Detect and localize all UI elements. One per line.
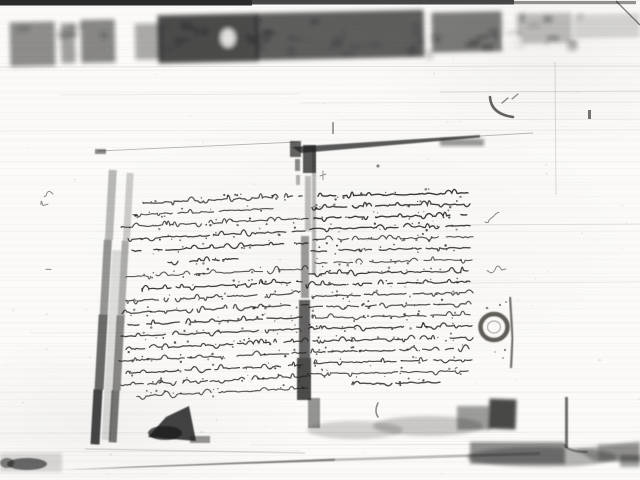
speck (428, 242, 429, 243)
diacritic-dot (264, 307, 267, 310)
exposure-noise (100, 31, 108, 40)
diacritic-dot (388, 266, 391, 269)
diacritic-dot (257, 377, 259, 379)
diacritic-dot (390, 286, 391, 287)
exposure-noise (181, 22, 192, 30)
diacritic-dot (419, 350, 420, 351)
diacritic-dot (212, 223, 213, 224)
exposure-noise (258, 43, 265, 51)
diacritic-dot (453, 250, 454, 251)
diacritic-dot (196, 263, 198, 265)
speck (545, 164, 547, 166)
diacritic-dot (174, 341, 177, 344)
diacritic-dot (421, 326, 422, 327)
film-edge-segment (252, 0, 514, 5)
diacritic-dot (293, 349, 295, 351)
diacritic-dot (441, 299, 443, 301)
exposure-block (81, 19, 116, 63)
diacritic-dot (340, 240, 342, 242)
diacritic-dot (331, 292, 333, 294)
diacritic-dot (336, 290, 338, 292)
speck (253, 321, 255, 323)
diacritic-dot (294, 242, 296, 244)
speck (282, 313, 284, 315)
diacritic-dot (340, 358, 342, 360)
diacritic-dot (413, 345, 415, 347)
exposure-noise (249, 38, 256, 45)
seal-speck (486, 307, 489, 310)
diacritic-dot (385, 192, 386, 193)
diacritic-dot (162, 337, 164, 339)
speck (100, 230, 102, 232)
diacritic-dot (417, 235, 418, 236)
diacritic-dot (202, 243, 204, 245)
diacritic-dot (136, 216, 138, 218)
diacritic-dot (233, 340, 234, 341)
diacritic-dot (337, 197, 338, 198)
speck (482, 435, 484, 437)
diacritic-dot (373, 211, 374, 212)
speck (507, 279, 509, 281)
handwriting-line (133, 208, 273, 216)
speck (351, 352, 352, 353)
diacritic-dot (213, 389, 214, 390)
diacritic-dot (403, 313, 406, 316)
diacritic-dot (233, 279, 235, 281)
handwriting-line (137, 387, 307, 400)
diacritic-dot (150, 392, 151, 393)
diacritic-dot (372, 260, 374, 262)
diacritic-dot (417, 279, 418, 280)
left-page-handwriting (119, 194, 310, 400)
diacritic-dot (296, 307, 298, 309)
speck (329, 325, 330, 326)
diacritic-dot (163, 371, 165, 373)
diacritic-dot (217, 388, 218, 389)
horizontal-scan-line (440, 91, 640, 92)
diacritic-dot (352, 346, 354, 348)
speck (46, 313, 48, 315)
diacritic-dot (181, 208, 183, 210)
speck (27, 147, 29, 149)
diacritic-dot (249, 217, 251, 219)
diacritic-dot (347, 296, 349, 298)
pen-swoosh-mark (490, 97, 513, 117)
diacritic-dot (164, 215, 166, 217)
speck (187, 21, 189, 23)
diacritic-dot (215, 219, 217, 221)
seal-inner-ring (488, 321, 501, 333)
speck (434, 127, 436, 129)
diacritic-dot (329, 270, 331, 272)
speck (0, 392, 1, 393)
diacritic-dot (422, 233, 424, 235)
pen-tick-mark (512, 94, 518, 99)
diacritic-dot (273, 330, 274, 331)
speck (566, 126, 567, 127)
speck (154, 66, 155, 67)
diacritic-dot (129, 227, 131, 229)
diacritic-dot (247, 375, 248, 376)
diacritic-dot (335, 294, 337, 296)
exposure-noise (287, 46, 295, 56)
gutter-streak (305, 176, 311, 231)
diacritic-dot (236, 194, 238, 196)
speck (356, 365, 358, 367)
diacritic-dot (370, 365, 371, 366)
microfilm-manuscript-scan (0, 0, 640, 480)
diacritic-dot (408, 218, 410, 220)
diacritic-dot (456, 200, 458, 202)
diacritic-dot (265, 341, 267, 343)
diacritic-dot (399, 381, 401, 383)
speck (253, 213, 254, 214)
exposure-block (256, 10, 425, 61)
speck (241, 252, 243, 254)
diacritic-dot (356, 376, 357, 377)
diacritic-dot (422, 322, 424, 324)
ink-blot (190, 436, 210, 443)
exposure-noise (159, 25, 171, 32)
diacritic-dot (452, 323, 454, 325)
diacritic-dot (406, 319, 407, 320)
handwriting-line (142, 279, 302, 291)
diacritic-dot (151, 277, 153, 279)
speck (386, 336, 388, 338)
diacritic-dot (425, 188, 428, 191)
diacritic-dot (215, 232, 217, 234)
diacritic-dot (383, 195, 385, 197)
diacritic-dot (431, 236, 433, 238)
diacritic-dot (152, 381, 154, 383)
diacritic-dot (445, 340, 447, 342)
diacritic-dot (369, 305, 371, 307)
speck (390, 105, 391, 106)
diacritic-dot (187, 340, 189, 342)
diacritic-dot (363, 315, 365, 317)
diacritic-dot (318, 246, 320, 248)
diacritic-dot (270, 368, 272, 370)
diacritic-dot (401, 360, 402, 361)
exposure-noise (72, 52, 86, 56)
exposure-noise (104, 47, 110, 52)
diacritic-dot (443, 217, 445, 219)
speck (433, 20, 435, 22)
diacritic-dot (399, 373, 401, 375)
diacritic-dot (451, 317, 453, 319)
diacritic-dot (232, 346, 234, 348)
diacritic-dot (284, 355, 286, 357)
speck (279, 338, 280, 339)
horizontal-scan-line (0, 66, 640, 67)
diacritic-dot (460, 259, 462, 261)
speck (334, 84, 337, 87)
diacritic-dot (283, 384, 285, 386)
diacritic-dot (243, 339, 245, 341)
diacritic-dot (444, 244, 446, 246)
diacritic-dot (268, 240, 269, 241)
diacritic-dot (227, 195, 229, 197)
diacritic-dot (321, 368, 323, 370)
speck (175, 302, 177, 304)
diacritic-dot (159, 239, 161, 241)
diacritic-dot (262, 377, 264, 379)
speck (21, 350, 22, 351)
diacritic-dot (239, 340, 241, 342)
diacritic-dot (274, 367, 276, 369)
diacritic-dot (128, 351, 130, 353)
diacritic-dot (343, 298, 345, 300)
smudge (307, 421, 403, 439)
diacritic-dot (377, 336, 379, 338)
speck (287, 100, 288, 101)
diacritic-dot (466, 280, 467, 281)
diacritic-dot (340, 364, 341, 365)
exposure-noise (65, 25, 79, 33)
speck (200, 430, 203, 433)
diacritic-dot (406, 348, 409, 351)
exposure-noise (372, 41, 382, 48)
seal-speck (499, 304, 501, 306)
exposure-band (10, 5, 640, 68)
diacritic-dot (278, 350, 280, 352)
speck (16, 35, 17, 36)
diacritic-dot (394, 224, 396, 226)
diacritic-dot (135, 214, 137, 216)
diacritic-dot (456, 278, 457, 279)
speck (581, 232, 583, 234)
diacritic-dot (373, 291, 375, 293)
speck (323, 103, 325, 105)
diacritic-dot (452, 290, 454, 292)
speck (73, 179, 75, 181)
diacritic-dot (387, 270, 389, 272)
diacritic-dot (418, 212, 419, 213)
diacritic-dot (291, 320, 292, 321)
handwriting-line (313, 235, 473, 240)
speck (121, 53, 123, 55)
diacritic-dot (259, 228, 261, 230)
exposure-block (158, 13, 259, 63)
diacritic-dot (248, 338, 250, 340)
handwriting-line (309, 301, 471, 309)
exposure-noise (304, 37, 310, 43)
speck (6, 364, 8, 366)
diacritic-dot (146, 390, 148, 392)
speck (55, 402, 58, 405)
left-margin-mark (46, 269, 51, 270)
diacritic-dot (313, 206, 314, 207)
speck (265, 425, 267, 427)
exposure-noise (16, 24, 30, 32)
exposure-noise (547, 35, 559, 41)
diacritic-dot (418, 222, 420, 224)
speck (489, 53, 491, 55)
handwriting-line (306, 280, 470, 289)
speck (307, 387, 309, 389)
diacritic-dot (196, 330, 198, 332)
speck (127, 475, 129, 477)
diacritic-dot (196, 274, 198, 276)
diacritic-dot (160, 377, 162, 379)
diacritic-dot (328, 282, 331, 285)
diacritic-dot (176, 307, 177, 308)
exposure-noise (265, 31, 277, 35)
speck (621, 248, 622, 249)
speck (271, 135, 274, 138)
left-page-top-edge (98, 142, 298, 151)
diacritic-dot (213, 235, 215, 237)
exposure-noise (492, 30, 498, 38)
diacritic-dot (360, 192, 363, 195)
diacritic-dot (257, 341, 259, 343)
diacritic-dot (180, 361, 182, 363)
diacritic-dot (296, 243, 298, 245)
speck (145, 193, 147, 195)
diacritic-dot (345, 216, 347, 218)
diacritic-dot (454, 312, 456, 314)
diacritic-dot (198, 299, 200, 301)
handwriting-line (309, 323, 472, 331)
diacritic-dot (417, 251, 419, 253)
diacritic-dot (145, 339, 146, 340)
diacritic-dot (284, 199, 286, 201)
page-edge-shape (290, 141, 301, 157)
diacritic-dot (171, 239, 172, 240)
speck (400, 367, 403, 370)
speck (552, 328, 554, 330)
diacritic-dot (414, 305, 415, 306)
diacritic-dot (161, 348, 163, 350)
speck (291, 34, 294, 37)
diacritic-dot (344, 307, 346, 309)
diacritic-dot (454, 357, 455, 358)
diacritic-dot (183, 330, 185, 332)
diacritic-dot (203, 329, 205, 331)
diacritic-dot (165, 222, 167, 224)
speck (45, 348, 47, 350)
gutter-streak (301, 236, 309, 298)
speck (83, 127, 84, 128)
diacritic-dot (326, 242, 328, 244)
diacritic-dot (241, 247, 243, 249)
speck (459, 121, 460, 122)
diacritic-dot (291, 289, 293, 291)
diacritic-dot (367, 315, 369, 317)
horizontal-scan-line (460, 224, 640, 225)
diacritic-dot (362, 303, 364, 305)
speck (154, 73, 156, 75)
diacritic-dot (359, 350, 362, 353)
diacritic-dot (251, 279, 253, 281)
speck (343, 363, 345, 365)
speck (12, 309, 15, 312)
smudge (565, 397, 568, 448)
speck (166, 385, 168, 387)
diacritic-dot (419, 200, 421, 202)
diacritic-dot (415, 239, 417, 241)
diacritic-dot (340, 228, 341, 229)
right-margin-note (485, 212, 500, 224)
vertical-scan-line (555, 62, 556, 195)
diacritic-dot (160, 382, 162, 384)
exposure-noise (310, 19, 319, 25)
speck (93, 381, 95, 383)
diacritic-dot (179, 370, 181, 372)
diacritic-dot (344, 330, 346, 332)
speck (288, 163, 290, 165)
diacritic-dot (173, 270, 175, 272)
seal-speck (502, 357, 504, 359)
diacritic-dot (149, 212, 150, 213)
diacritic-dot (161, 216, 163, 218)
diacritic-dot (314, 362, 317, 365)
right-page-fold-line (510, 297, 513, 368)
diacritic-dot (407, 262, 409, 264)
diacritic-dot (207, 268, 210, 271)
diacritic-dot (355, 207, 356, 208)
diacritic-dot (215, 344, 217, 346)
right-margin-note (487, 265, 507, 273)
exposure-noise (342, 51, 355, 58)
diacritic-dot (393, 244, 395, 246)
diacritic-dot (266, 223, 268, 225)
diacritic-dot (164, 297, 165, 298)
diacritic-dot (131, 374, 133, 376)
diacritic-dot (339, 294, 340, 295)
speck (343, 151, 345, 153)
diacritic-dot (231, 219, 233, 221)
exposure-noise (520, 13, 525, 23)
handwriting-line (122, 304, 308, 313)
exposure-noise (174, 38, 182, 46)
diacritic-dot (312, 310, 315, 313)
diacritic-dot (334, 198, 336, 200)
handwriting-line (310, 224, 470, 232)
diacritic-dot (275, 197, 277, 199)
diacritic-dot (133, 309, 135, 311)
diacritic-dot (459, 196, 462, 199)
exposure-noise (528, 22, 541, 30)
diacritic-dot (201, 197, 203, 199)
speck (560, 45, 562, 47)
diacritic-dot (394, 261, 397, 264)
diacritic-dot (428, 240, 430, 242)
horizontal-scan-line (30, 332, 320, 333)
diacritic-dot (190, 356, 192, 358)
diacritic-dot (180, 354, 182, 356)
diacritic-dot (423, 211, 424, 212)
diacritic-dot (325, 347, 327, 349)
speck (287, 174, 288, 175)
exposure-block (574, 13, 640, 38)
handwriting-line (311, 371, 468, 377)
diacritic-dot (342, 197, 344, 199)
speck (14, 452, 15, 453)
diacritic-dot (132, 360, 134, 362)
diacritic-dot (233, 236, 235, 238)
speck (514, 379, 516, 381)
gutter-streak (297, 358, 311, 400)
speck (542, 31, 544, 33)
diacritic-dot (359, 249, 361, 251)
edge-bar (90, 389, 102, 444)
gutter-streak (308, 398, 320, 428)
speck (213, 53, 215, 55)
diacritic-dot (277, 333, 279, 335)
speck (249, 380, 252, 383)
diacritic-dot (155, 390, 157, 392)
